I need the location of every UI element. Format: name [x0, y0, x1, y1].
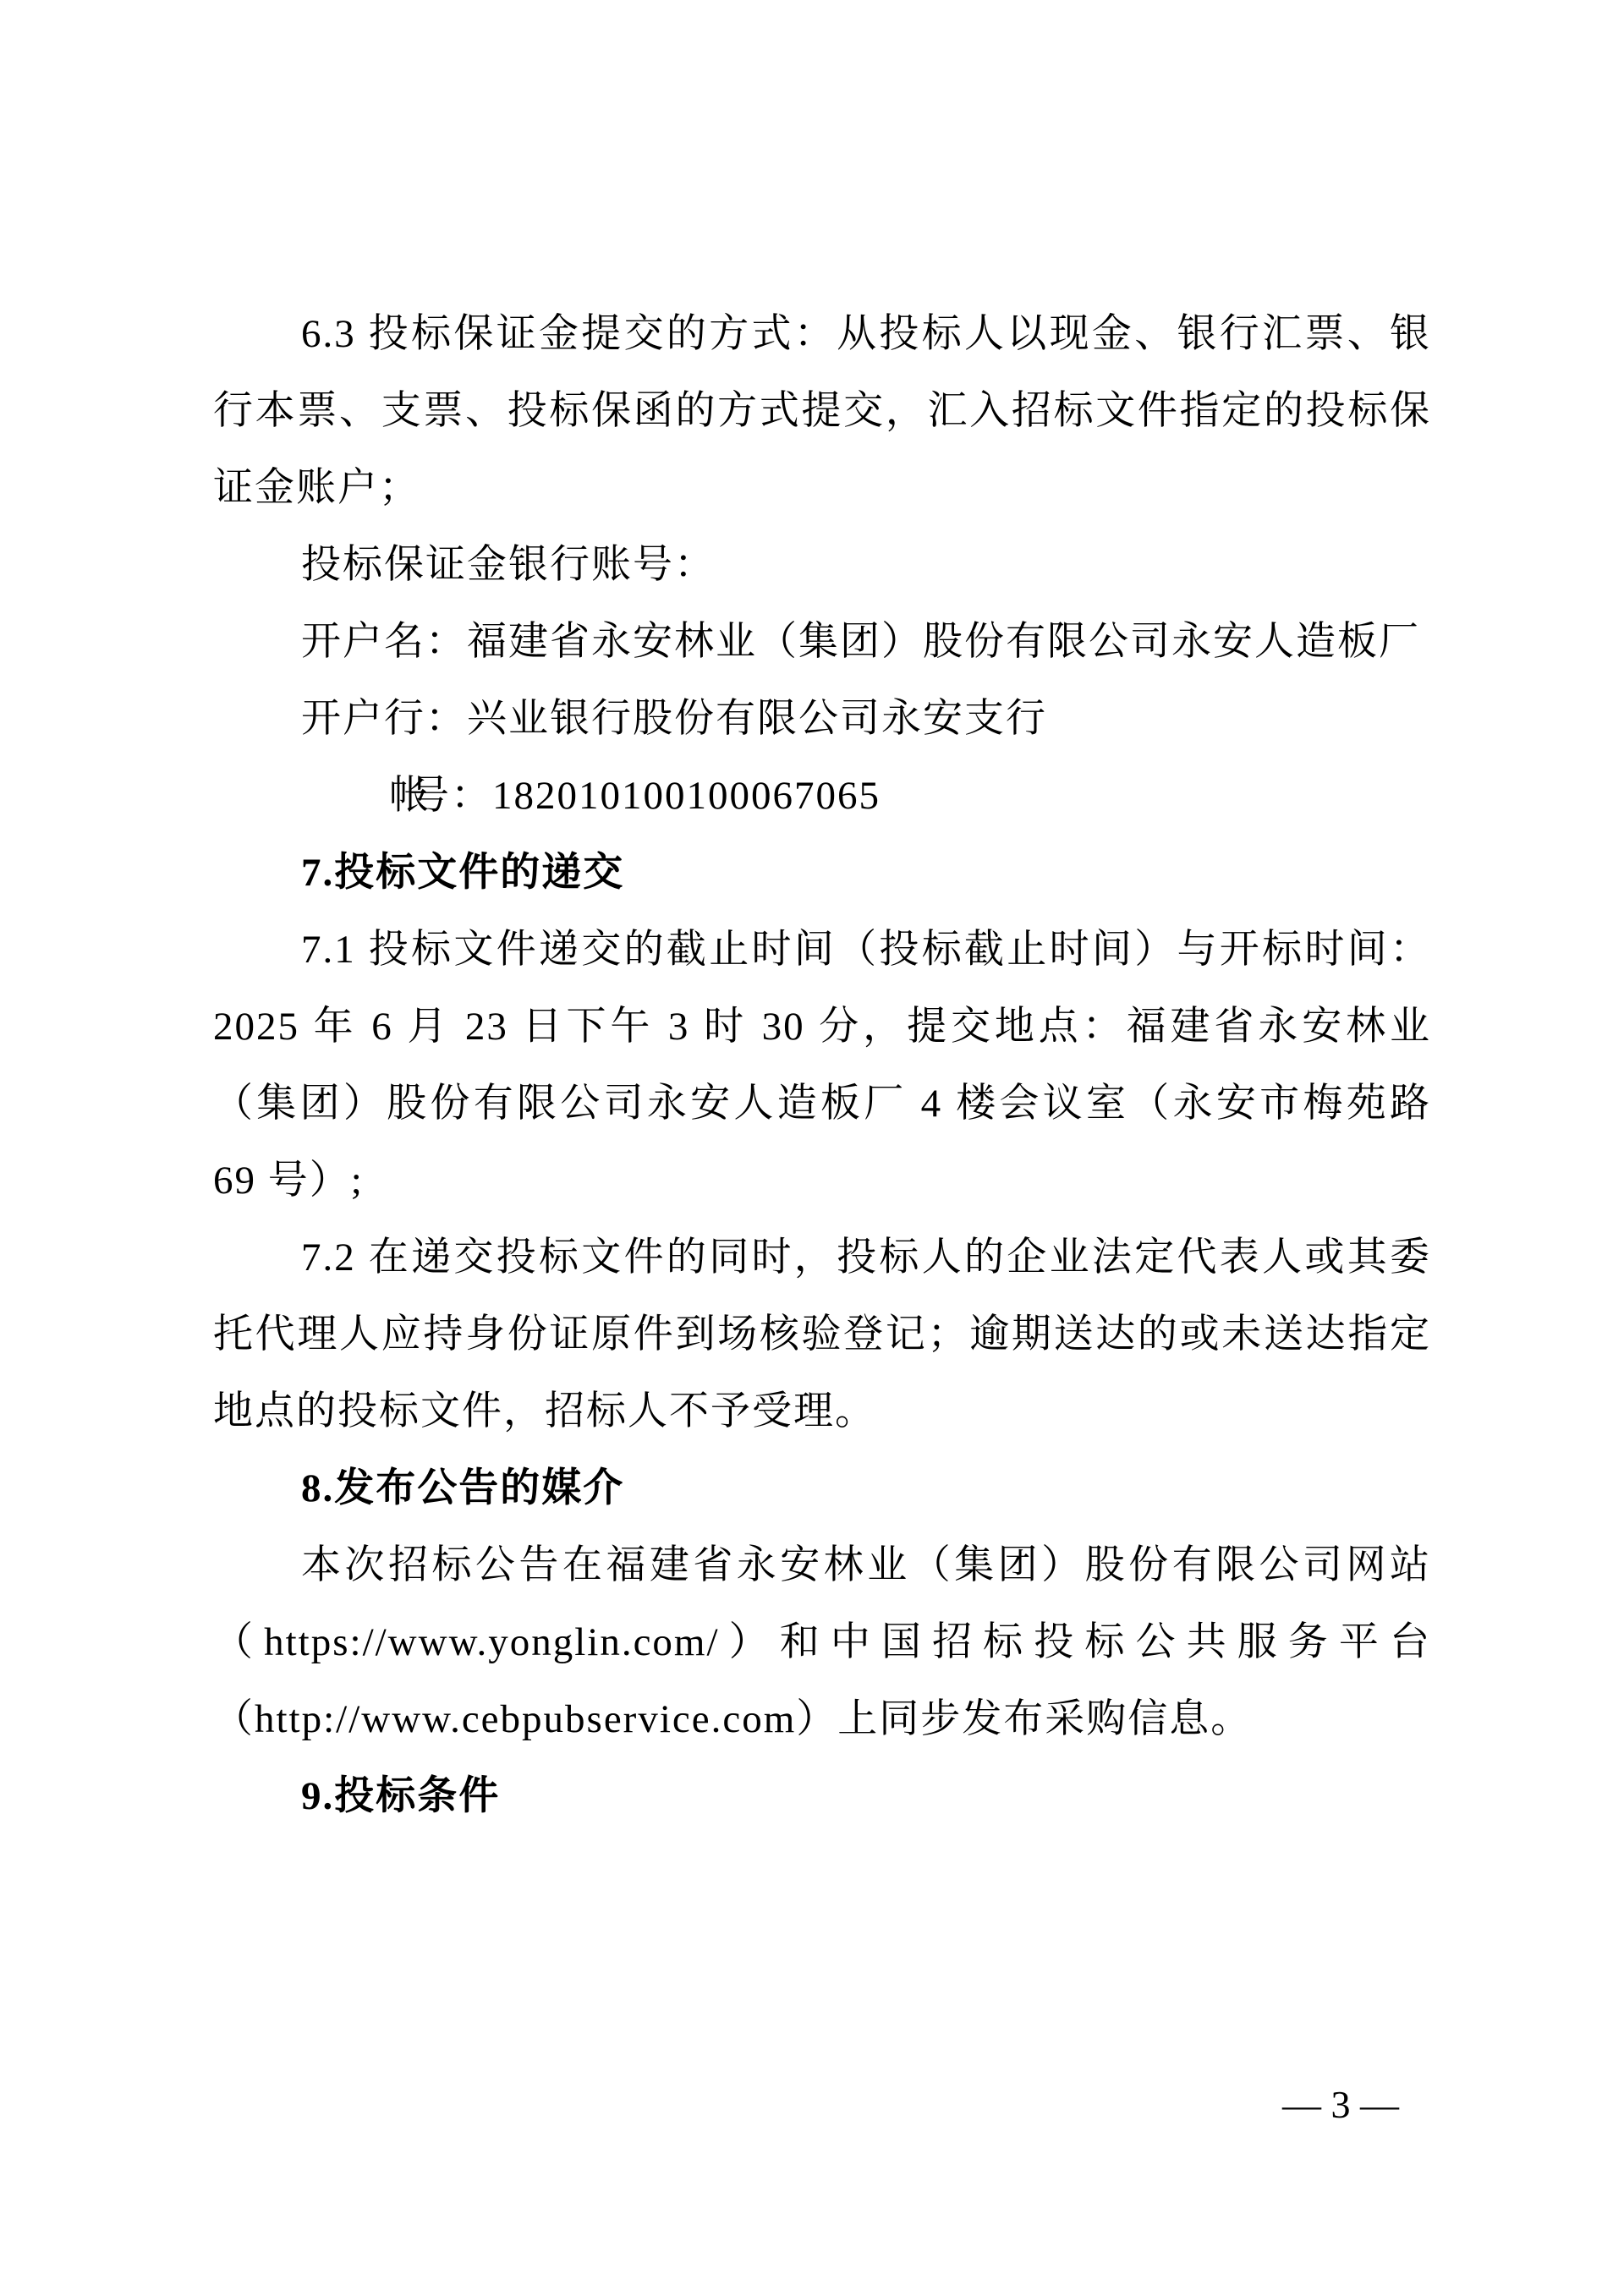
paragraph-6-3-deposit-method: 6.3 投标保证金提交的方式：从投标人以现金、银行汇票、银行本票、支票、投标保函…	[213, 296, 1431, 527]
paragraph-account-name: 开户名：福建省永安林业（集团）股份有限公司永安人造板厂	[213, 604, 1431, 681]
paragraph-account-number: 帐号：182010100100067065	[213, 758, 1431, 835]
paragraph-8-media: 本次招标公告在福建省永安林业（集团）股份有限公司网站（https://www.y…	[213, 1527, 1431, 1758]
account-number-label-char1: 帐	[301, 758, 409, 835]
account-number-value: 182010100100067065	[492, 774, 881, 818]
paragraph-deposit-account-heading: 投标保证金银行账号：	[213, 527, 1431, 604]
section-heading-8: 8.发布公告的媒介	[213, 1450, 1431, 1527]
paragraph-7-1-deadline: 7.1 投标文件递交的截止时间（投标截止时间）与开标时间：2025 年 6 月 …	[213, 912, 1431, 1219]
section-heading-7: 7.投标文件的递交	[213, 835, 1431, 912]
document-page: 6.3 投标保证金提交的方式：从投标人以现金、银行汇票、银行本票、支票、投标保函…	[0, 0, 1624, 2296]
page-number: — 3 —	[1265, 2082, 1417, 2127]
document-body: 6.3 投标保证金提交的方式：从投标人以现金、银行汇票、银行本票、支票、投标保函…	[213, 296, 1431, 1835]
paragraph-7-2-submission: 7.2 在递交投标文件的同时，投标人的企业法定代表人或其委托代理人应持身份证原件…	[213, 1219, 1431, 1450]
account-number-label-char2: 号：	[409, 774, 492, 818]
section-heading-9: 9.投标条件	[213, 1758, 1431, 1835]
paragraph-account-bank: 开户行：兴业银行股份有限公司永安支行	[213, 681, 1431, 758]
